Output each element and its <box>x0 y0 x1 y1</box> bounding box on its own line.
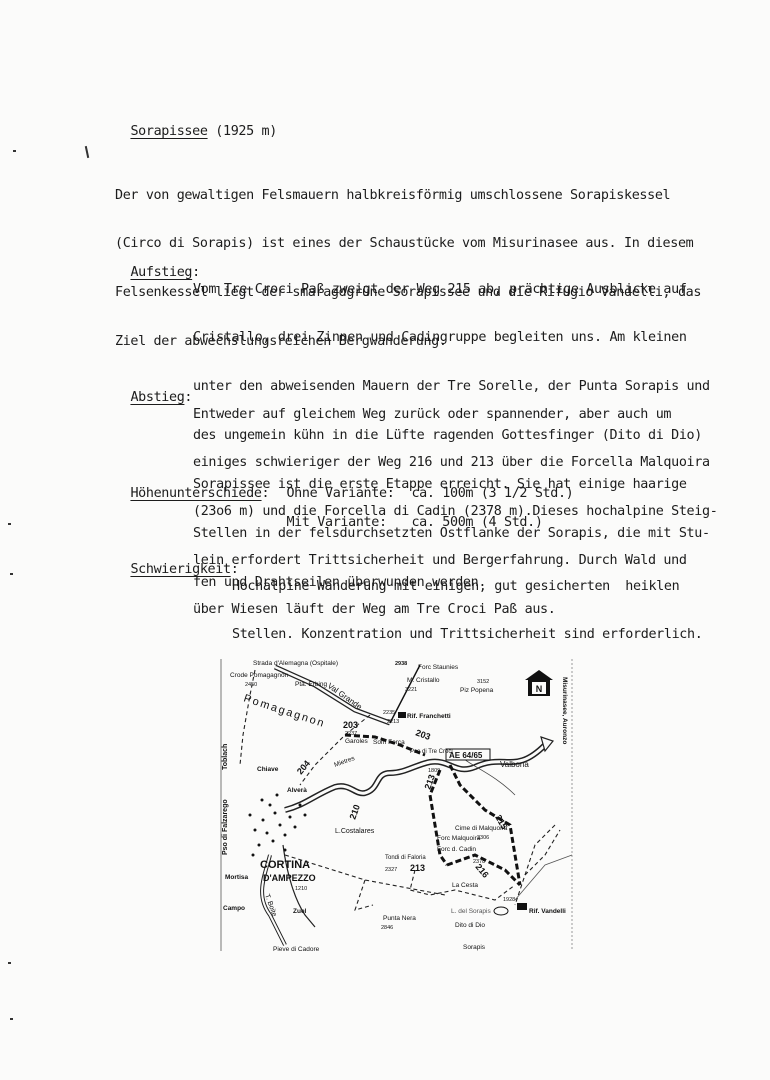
svg-text:Pso di Tre Croci: Pso di Tre Croci <box>410 749 453 755</box>
svg-text:213: 213 <box>410 863 425 873</box>
svg-text:Valbona: Valbona <box>500 760 529 769</box>
svg-text:Misurinasee, Auronzo: Misurinasee, Auronzo <box>561 677 568 744</box>
svg-text:Piz Popena: Piz Popena <box>460 687 494 694</box>
svg-text:2237: 2237 <box>345 731 357 737</box>
svg-text:Crode Pomagagnon: Crode Pomagagnon <box>230 672 289 679</box>
intro-line: Der von gewaltigen Felsmauern halbkreisf… <box>115 188 701 204</box>
variant-label: Mit Variante: <box>286 515 386 530</box>
svg-text:Alverà: Alverà <box>287 787 307 794</box>
aufstieg-line: Cristallo, drei Zinnen und Cadingruppe b… <box>193 330 710 346</box>
abstieg-label: Abstieg <box>130 390 184 405</box>
svg-text:Forc d. Cadin: Forc d. Cadin <box>437 846 476 853</box>
svg-text:Zuel: Zuel <box>293 908 307 915</box>
svg-text:L.Costalares: L.Costalares <box>335 828 375 835</box>
svg-text:Tondi di Faloria: Tondi di Faloria <box>385 855 426 861</box>
variant-value: ca. 500m (4 Std.) <box>411 515 542 530</box>
scan-mark <box>13 150 16 152</box>
svg-text:Mietres: Mietres <box>333 755 356 769</box>
svg-text:1809: 1809 <box>428 768 440 774</box>
aufstieg-label: Aufstieg <box>130 265 192 280</box>
svg-text:M. Cristallo: M. Cristallo <box>407 677 440 684</box>
svg-text:Pta. Erbing: Pta. Erbing <box>295 681 328 688</box>
svg-text:2846: 2846 <box>381 925 393 931</box>
svg-text:3152: 3152 <box>477 679 489 685</box>
schwierigkeit-line: Hochalpine Wanderung mit einigen, gut ge… <box>232 579 702 595</box>
schwierigkeit-line: Stellen. Konzentration und Trittsicherhe… <box>232 627 702 643</box>
svg-text:Pomagagnon: Pomagagnon <box>242 692 327 730</box>
scan-mark <box>8 523 11 525</box>
svg-text:2327: 2327 <box>385 867 397 873</box>
aufstieg-line: Vom Tre Croci Paß zweigt der Weg 215 ab,… <box>193 282 710 298</box>
svg-text:Campo: Campo <box>223 905 245 912</box>
route-map: N Strada d'Alemagna (Ospitale) Val Grand… <box>215 655 577 955</box>
hoehen-value-ohne: ca. 100m (3 1/2 Std.) <box>396 470 573 503</box>
svg-text:203: 203 <box>414 727 432 742</box>
svg-text:Strada d'Alemagna (Ospitale): Strada d'Alemagna (Ospitale) <box>253 660 338 667</box>
svg-text:1210: 1210 <box>295 886 307 892</box>
svg-text:2213: 2213 <box>387 719 399 725</box>
svg-text:3221: 3221 <box>405 687 417 693</box>
aufstieg-section: Aufstieg: <box>115 249 200 282</box>
svg-text:2938: 2938 <box>395 661 407 667</box>
hoehen-label: Höhenunterschiede <box>130 486 261 501</box>
svg-text:Mortisa: Mortisa <box>225 874 249 881</box>
scan-mark <box>10 1018 13 1020</box>
svg-text:210: 210 <box>347 803 362 821</box>
svg-text:Forc Malquoira: Forc Malquoira <box>437 835 481 842</box>
svg-text:N: N <box>536 684 543 694</box>
svg-text:Cime di Malquoira: Cime di Malquoira <box>455 825 508 832</box>
svg-text:Rif. Franchetti: Rif. Franchetti <box>407 713 451 720</box>
svg-text:Pieve di Cadore: Pieve di Cadore <box>273 946 320 953</box>
hoehen-value-mit: ca. 500m (4 Std.) <box>396 499 543 532</box>
svg-text:Punta Nera: Punta Nera <box>383 915 416 922</box>
scan-mark <box>10 573 13 575</box>
svg-text:Toblach: Toblach <box>222 744 229 770</box>
abstieg-section: Abstieg: <box>115 374 192 407</box>
svg-text:204: 204 <box>295 758 312 776</box>
title-name: Sorapissee <box>130 124 207 139</box>
svg-text:213: 213 <box>422 773 437 791</box>
hoehen-row-mit: Mit Variante: <box>271 499 387 532</box>
svg-text:L. del Sorapis: L. del Sorapis <box>451 908 491 915</box>
hoehen-row-ohne: Ohne Variante: <box>271 470 394 503</box>
svg-text:Garoles: Garoles <box>345 738 369 745</box>
svg-text:CORTINA: CORTINA <box>260 859 310 871</box>
schwierigkeit-section: Schwierigkeit: <box>115 546 238 579</box>
hoehen-section: Höhenunterschiede: <box>115 470 269 503</box>
schwierigkeit-text: Hochalpine Wanderung mit einigen, gut ge… <box>232 546 702 660</box>
svg-text:Chiave: Chiave <box>257 766 279 773</box>
svg-text:2235: 2235 <box>383 710 395 716</box>
title-elevation: (1925 m) <box>215 124 277 139</box>
svg-text:2378: 2378 <box>473 859 485 865</box>
svg-text:1928: 1928 <box>503 897 515 903</box>
pen-mark <box>85 146 89 158</box>
svg-text:2450: 2450 <box>245 682 257 688</box>
svg-text:Pso di Falzarego: Pso di Falzarego <box>222 799 229 855</box>
svg-text:Forc Staunies: Forc Staunies <box>418 664 459 671</box>
svg-text:D'AMPEZZO: D'AMPEZZO <box>263 873 316 883</box>
scan-mark <box>8 962 11 964</box>
svg-text:Som Forca: Som Forca <box>373 739 405 746</box>
svg-text:Rif. Vandelli: Rif. Vandelli <box>529 908 566 915</box>
svg-text:203: 203 <box>343 720 358 730</box>
svg-text:Sorapis: Sorapis <box>463 944 486 951</box>
svg-text:AE 64/65: AE 64/65 <box>449 751 483 760</box>
page-title: Sorapissee (1925 m) <box>115 108 277 141</box>
abstieg-line: Entweder auf gleichem Weg zurück oder sp… <box>193 407 717 423</box>
schwierigkeit-label: Schwierigkeit <box>130 562 230 577</box>
svg-text:La Cesta: La Cesta <box>452 882 478 889</box>
svg-text:Dito di Dio: Dito di Dio <box>455 922 485 929</box>
